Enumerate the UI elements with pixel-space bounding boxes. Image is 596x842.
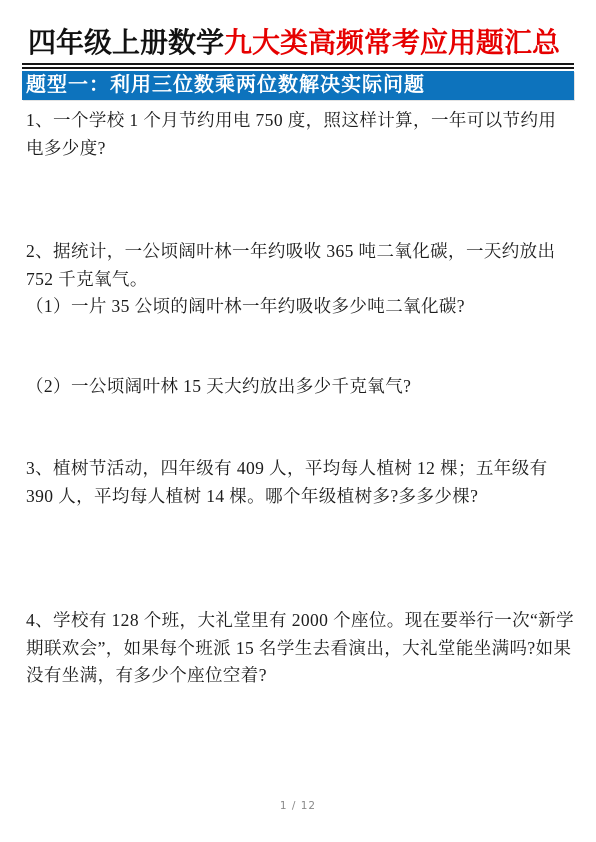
title-topic-part: 九大类高频常考应用题汇总	[224, 28, 560, 59]
question-3: 3、植树节活动，四年级有 409 人，平均每人植树 12 棵；五年级有 390 …	[26, 455, 574, 510]
document-title: 四年级上册数学九大类高频常考应用题汇总	[22, 26, 574, 69]
question-4: 4、学校有 128 个班，大礼堂里有 2000 个座位。现在要举行一次“新学期联…	[26, 607, 574, 690]
question-2-part-2: （2）一公顷阔叶林 15 天大约放出多少千克氧气?	[26, 373, 574, 401]
question-2: 2、据统计，一公顷阔叶林一年约吸收 365 吨二氧化碳，一天约放出 752 千克…	[26, 238, 574, 293]
section-banner: 题型一：利用三位数乘两位数解决实际问题	[22, 71, 574, 100]
question-2-part-1: （1）一片 35 公顷的阔叶林一年约吸收多少吨二氧化碳?	[26, 293, 574, 321]
worksheet-page: 四年级上册数学九大类高频常考应用题汇总 题型一：利用三位数乘两位数解决实际问题 …	[0, 0, 596, 842]
page-number: 1 / 12	[280, 800, 316, 812]
title-grade-part: 四年级上册数学	[28, 28, 224, 59]
document-header: 四年级上册数学九大类高频常考应用题汇总	[22, 26, 574, 69]
question-1: 1、一个学校 1 个月节约用电 750 度，照这样计算，一年可以节约用电多少度?	[26, 107, 574, 162]
page-footer: 1 / 12	[0, 800, 596, 812]
question-list: 1、一个学校 1 个月节约用电 750 度，照这样计算，一年可以节约用电多少度?…	[22, 107, 574, 690]
section-banner-label: 题型一：利用三位数乘两位数解决实际问题	[26, 74, 425, 96]
